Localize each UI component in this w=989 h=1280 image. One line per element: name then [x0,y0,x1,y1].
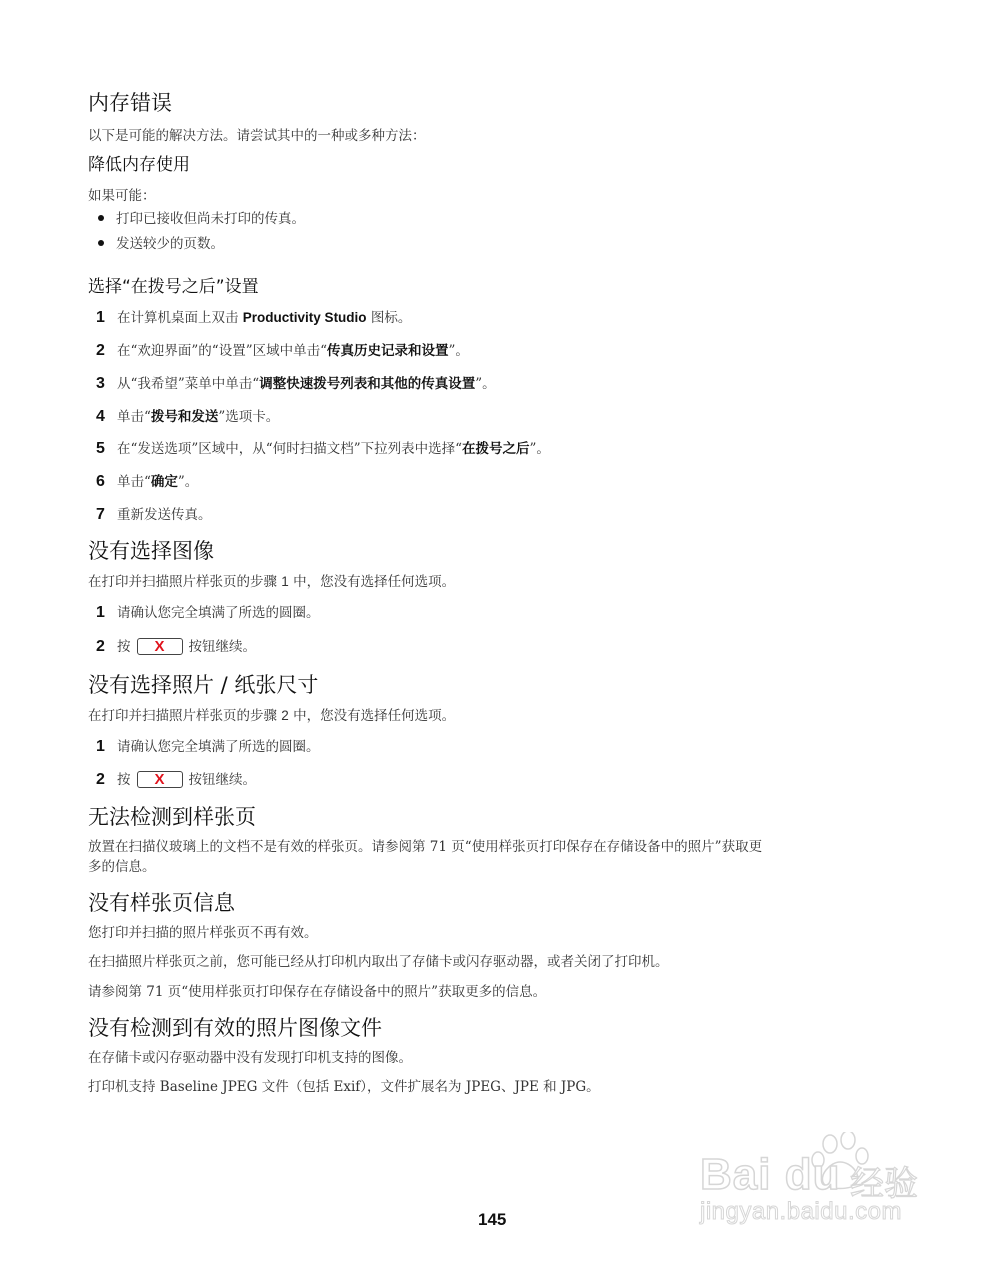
bullet-icon [98,215,104,221]
no-proof-info-p3: 请参阅第 71 页“使用样张页打印保存在存储设备中的照片”获取更多的信息。 [88,980,546,1000]
heading-no-valid-photo: 没有检测到有效的照片图像文件 [88,1012,382,1042]
heading-memory-error: 内存错误 [88,87,172,117]
step-item: 2在“欢迎界面”的“设置”区域中单击“传真历史记录和设置”。 [96,339,469,360]
cancel-x-button-icon: X [137,638,183,655]
bullet-icon [98,240,104,246]
no-photo-paper-intro: 在打印并扫描照片样张页的步骤 2 中，您没有选择任何选项。 [88,704,455,724]
step-item: 4单击“拨号和发送”选项卡。 [96,405,279,426]
proof-sheet-text-line2: 多的信息。 [88,855,156,875]
no-proof-info-p2: 在扫描照片样张页之前，您可能已经从打印机内取出了存储卡或闪存驱动器，或者关闭了打… [88,950,669,970]
memory-error-intro: 以下是可能的解决方法。请尝试其中的一种或多种方法： [88,124,426,144]
reduce-memory-lead: 如果可能： [88,184,156,204]
heading-no-proof-sheet-info: 没有样张页信息 [88,887,235,917]
heading-no-image-selected: 没有选择图像 [88,535,214,565]
page-number: 145 [478,1210,506,1230]
heading-no-photo-paper-size: 没有选择照片 / 纸张尺寸 [88,669,318,699]
step-item: 1在计算机桌面上双击 Productivity Studio 图标。 [96,306,411,327]
proof-sheet-text-line1: 放置在扫描仪玻璃上的文档不是有效的样张页。请参阅第 71 页“使用样张页打印保存… [88,835,762,855]
step-item: 1请确认您完全填满了所选的圆圈。 [96,735,320,756]
no-valid-photo-p1: 在存储卡或闪存驱动器中没有发现打印机支持的图像。 [88,1046,412,1066]
bullet-item: 打印已接收但尚未打印的传真。 [98,207,305,227]
step-item: 2按X按钮继续。 [96,635,256,656]
step-item: 7重新发送传真。 [96,503,212,524]
baidu-jingyan-watermark: Bai du 经验 jingyan.baidu.com [700,1132,940,1232]
step-item: 5在“发送选项”区域中，从“何时扫描文档”下拉列表中选择“在拨号之后”。 [96,437,550,458]
no-proof-info-p1: 您打印并扫描的照片样张页不再有效。 [88,921,318,941]
heading-proof-sheet-not-detected: 无法检测到样张页 [88,801,256,831]
heading-reduce-memory: 降低内存使用 [88,150,190,175]
step-item: 1请确认您完全填满了所选的圆圈。 [96,601,320,622]
no-image-intro: 在打印并扫描照片样张页的步骤 1 中，您没有选择任何选项。 [88,570,455,590]
cancel-x-button-icon: X [137,771,183,788]
step-item: 2按X按钮继续。 [96,768,256,789]
document-page: 内存错误 以下是可能的解决方法。请尝试其中的一种或多种方法： 降低内存使用 如果… [0,0,989,1280]
bullet-item: 发送较少的页数。 [98,232,224,252]
step-item: 3从“我希望”菜单中单击“调整快速拨号列表和其他的传真设置”。 [96,372,496,393]
step-item: 6单击“确定”。 [96,470,198,491]
no-valid-photo-p2: 打印机支持 Baseline JPEG 文件（包括 Exif），文件扩展名为 J… [88,1075,600,1095]
heading-after-dial: 选择“在拨号之后”设置 [88,272,259,297]
